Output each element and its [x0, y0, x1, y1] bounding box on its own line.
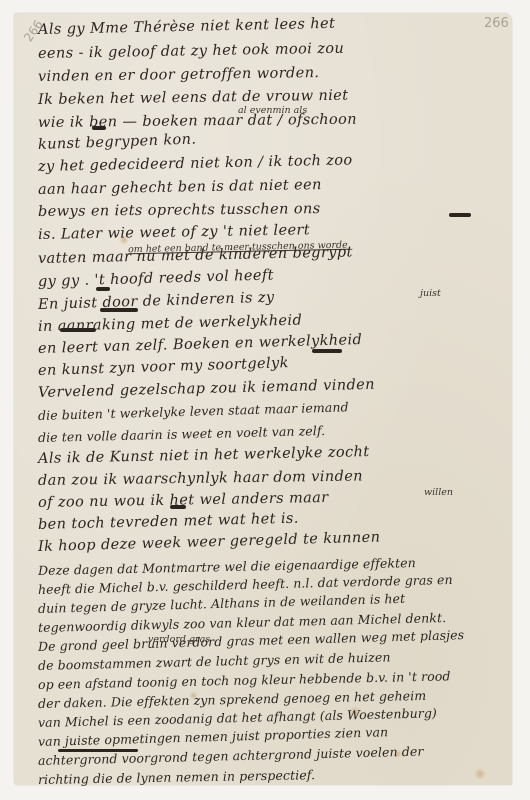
deletion-mark — [96, 287, 110, 291]
deletion-mark — [58, 749, 138, 752]
deletion-mark — [100, 308, 138, 312]
deletion-mark — [170, 505, 186, 509]
text-line: bewys en iets oprechts tusschen ons — [38, 201, 321, 220]
interlinear-insertion: juist — [420, 288, 441, 299]
interlinear-insertion: al evenmin als — [238, 105, 307, 116]
foxing-stain — [474, 768, 486, 780]
deletion-mark — [60, 328, 96, 332]
deletion-mark — [92, 126, 106, 130]
deletion-mark — [449, 213, 471, 217]
deletion-mark — [312, 349, 342, 353]
pencil-page-number-right: 266 — [484, 16, 509, 31]
text-line: wie ik ben — boeken maar dat / ofschoon — [38, 112, 357, 131]
interlinear-insertion: willen — [424, 487, 453, 498]
interlinear-insertion: verdord gras — [148, 634, 210, 645]
